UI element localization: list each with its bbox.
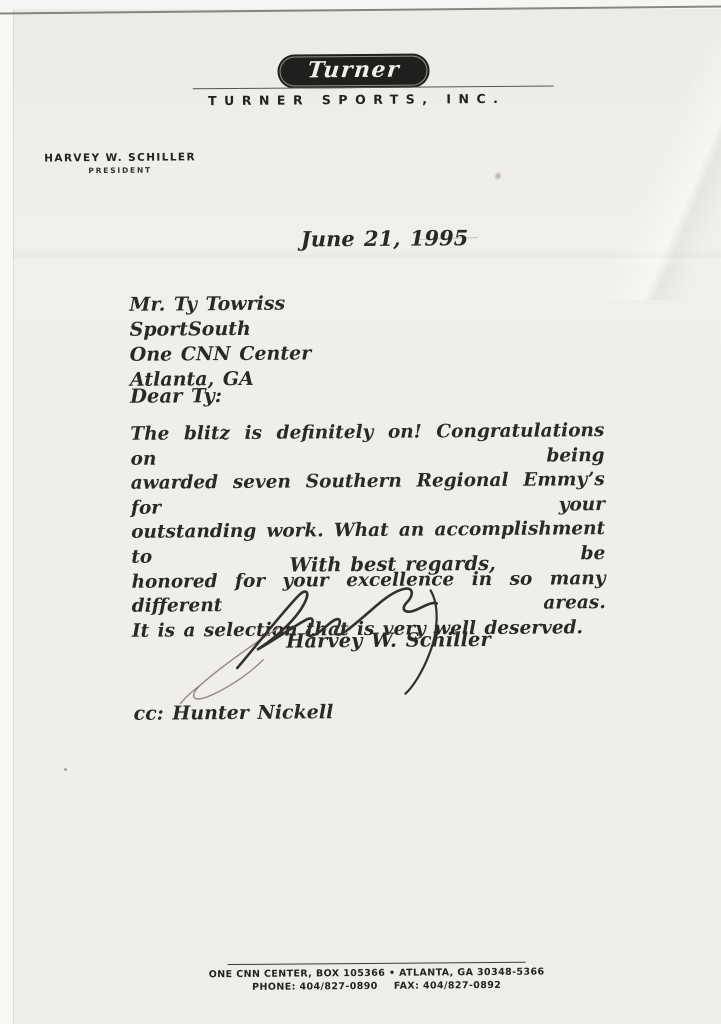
salutation: Dear Ty: [130, 384, 222, 408]
letter-body: The blitz is definitely on! Congratulati… [130, 419, 606, 644]
scanned-letter: Turner TURNER SPORTS, INC. HARVEY W. SCH… [0, 0, 721, 1024]
closing-line: With best regards, [289, 552, 496, 577]
executive-block: HARVEY W. SCHILLER PRESIDENT [44, 151, 196, 175]
letter-content: Turner TURNER SPORTS, INC. HARVEY W. SCH… [0, 0, 721, 1024]
footer-fax: FAX: 404/827-0892 [394, 979, 502, 991]
footer-phone: PHONE: 404/827-0890 [252, 980, 378, 992]
recipient-line: One CNN Center [130, 341, 312, 367]
company-name: TURNER SPORTS, INC. [157, 90, 557, 108]
recipient-address: Mr. Ty Towriss SportSouth One CNN Center… [129, 291, 311, 392]
letter-date: June 21, 1995 [301, 225, 469, 251]
cc-line: cc: Hunter Nickell [133, 701, 333, 725]
recipient-line: Mr. Ty Towriss [129, 291, 311, 317]
recipient-line: SportSouth [129, 316, 311, 342]
executive-title: PRESIDENT [44, 165, 196, 175]
turner-logo-text: Turner [306, 59, 401, 84]
body-line: awarded seven Southern Regional Emmy’s f… [131, 468, 605, 521]
body-line: The blitz is definitely on! Congratulati… [130, 419, 604, 472]
footer-rule [228, 962, 526, 965]
executive-name: HARVEY W. SCHILLER [44, 151, 196, 164]
typed-signature-name: Harvey W. Schiller [286, 628, 491, 653]
turner-logo: Turner [277, 53, 429, 88]
letter-footer: ONE CNN CENTER, BOX 105366 • ATLANTA, GA… [77, 961, 677, 996]
letterhead-rule [193, 85, 554, 89]
